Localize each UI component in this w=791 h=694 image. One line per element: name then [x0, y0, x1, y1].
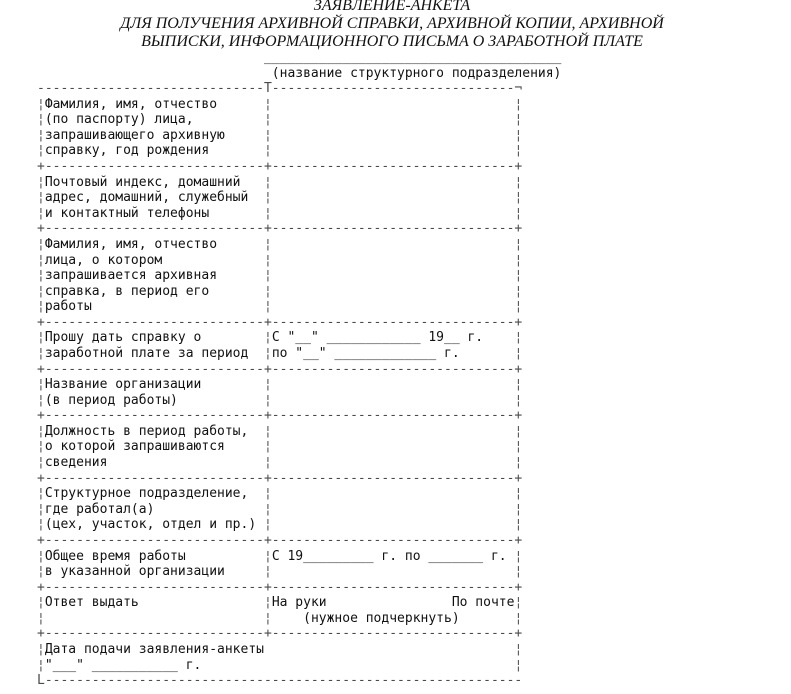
cell-border: ¦ — [264, 268, 272, 283]
field-value-input[interactable] — [272, 517, 515, 532]
cell-border: ¦ — [514, 595, 522, 610]
field-value-input[interactable] — [272, 253, 515, 268]
subdivision-input[interactable]: ______________________________________ — [37, 50, 561, 65]
cell-border: ¦ — [514, 424, 522, 439]
table-row: ¦(в период работы) ¦ ¦ — [37, 393, 561, 409]
table-row: ¦Фамилия, имя, отчество ¦ ¦ — [37, 237, 561, 253]
row-separator: +----------------------------+----------… — [37, 471, 522, 486]
cell-border: ¦ — [37, 439, 45, 454]
table-row: ¦Фамилия, имя, отчество ¦ ¦ — [37, 97, 561, 113]
table-row: ¦Название организации ¦ ¦ — [37, 377, 561, 393]
field-label: справка, в период его — [45, 284, 264, 299]
cell-border: ¦ — [37, 330, 45, 345]
table-row: ¦заработной плате за период ¦по "__" ___… — [37, 346, 561, 362]
field-value-input[interactable] — [272, 284, 515, 299]
field-label: (по паспорту) лица, — [45, 112, 264, 127]
row-separator: +----------------------------+----------… — [37, 315, 522, 330]
table-top-border: -----------------------------T----------… — [37, 81, 522, 96]
subdivision-caption-line: (название структурного подразделения) — [37, 66, 561, 82]
cell-border: ¦ — [37, 299, 45, 314]
table-row: ¦Почтовый индекс, домашний ¦ ¦ — [37, 175, 561, 191]
table-row: ¦запрашивающего архивную ¦ ¦ — [37, 128, 561, 144]
cell-border: ¦ — [514, 377, 522, 392]
cell-border: ¦ — [264, 549, 272, 564]
field-label: сведения — [45, 455, 264, 470]
cell-border: ¦ — [37, 175, 45, 190]
field-value-input[interactable] — [272, 97, 515, 112]
cell-border: ¦ — [514, 299, 522, 314]
cell-border: ¦ — [514, 549, 522, 564]
field-label: в указанной организации — [45, 564, 264, 579]
field-value-input[interactable]: (нужное подчеркнуть) — [272, 611, 515, 626]
field-label — [45, 611, 264, 626]
cell-border: ¦ — [514, 346, 522, 361]
title-line-2: ДЛЯ ПОЛУЧЕНИЯ АРХИВНОЙ СПРАВКИ, АРХИВНОЙ… — [0, 15, 784, 33]
cell-border: ¦ — [514, 658, 522, 673]
cell-border: ¦ — [264, 439, 272, 454]
table-row: ¦Структурное подразделение, ¦ ¦ — [37, 486, 561, 502]
cell-border: ¦ — [37, 190, 45, 205]
cell-border: ¦ — [514, 112, 522, 127]
cell-border: ¦ — [37, 564, 45, 579]
table-bottom-border: L---------------------------------------… — [37, 673, 522, 688]
row-separator: +----------------------------+----------… — [37, 626, 522, 641]
field-value-input[interactable] — [272, 112, 515, 127]
field-label: запрашивающего архивную — [45, 128, 264, 143]
field-value-input[interactable] — [272, 268, 515, 283]
field-label: (в период работы) — [45, 393, 264, 408]
cell-border: ¦ — [264, 237, 272, 252]
field-label: Фамилия, имя, отчество — [45, 237, 264, 252]
cell-border: ¦ — [514, 502, 522, 517]
cell-border: ¦ — [37, 97, 45, 112]
cell-border: ¦ — [514, 284, 522, 299]
table-row: ¦запрашивается архивная ¦ ¦ — [37, 268, 561, 284]
field-label: адрес, домашний, служебный — [45, 190, 264, 205]
cell-border: ¦ — [37, 642, 45, 657]
cell-border: ¦ — [264, 377, 272, 392]
cell-border: ¦ — [37, 143, 45, 158]
cell-border: ¦ — [264, 517, 272, 532]
table-row: ¦справку, год рождения ¦ ¦ — [37, 143, 561, 159]
field-value-input[interactable] — [272, 439, 515, 454]
cell-border: ¦ — [37, 455, 45, 470]
table-row: ¦справка, в период его ¦ ¦ — [37, 284, 561, 300]
cell-border: ¦ — [514, 486, 522, 501]
cell-border: ¦ — [264, 175, 272, 190]
row-separator: +----------------------------+----------… — [37, 221, 522, 236]
cell-border: ¦ — [514, 253, 522, 268]
cell-border: ¦ — [37, 206, 45, 221]
cell-border: ¦ — [37, 128, 45, 143]
cell-border: ¦ — [514, 143, 522, 158]
cell-border: ¦ — [514, 564, 522, 579]
border-line: +----------------------------+----------… — [37, 159, 561, 175]
table-row: ¦лица, о котором ¦ ¦ — [37, 253, 561, 269]
submission-date-field[interactable]: Дата подачи заявления-анкеты — [45, 642, 515, 657]
cell-border: ¦ — [264, 284, 272, 299]
border-line: -----------------------------T----------… — [37, 81, 561, 97]
table-row: ¦(по паспорту) лица, ¦ ¦ — [37, 112, 561, 128]
table-row: ¦(цех, участок, отдел и пр.) ¦ ¦ — [37, 517, 561, 533]
border-line: +----------------------------+----------… — [37, 408, 561, 424]
cell-border: ¦ — [514, 517, 522, 532]
cell-border: ¦ — [514, 455, 522, 470]
field-label: Почтовый индекс, домашний — [45, 175, 264, 190]
field-value-input[interactable] — [272, 486, 515, 501]
field-label: (цех, участок, отдел и пр.) — [45, 517, 264, 532]
cell-border: ¦ — [37, 549, 45, 564]
cell-border: ¦ — [264, 564, 272, 579]
row-separator: +----------------------------+----------… — [37, 362, 522, 377]
border-line: +----------------------------+----------… — [37, 315, 561, 331]
document-title: ЗАЯВЛЕНИЕ-АНКЕТА ДЛЯ ПОЛУЧЕНИЯ АРХИВНОЙ … — [0, 0, 784, 51]
cell-border: ¦ — [37, 517, 45, 532]
table-row: ¦Ответ выдать ¦На руки По почте¦ — [37, 595, 561, 611]
field-value-input[interactable] — [272, 502, 515, 517]
cell-border: ¦ — [264, 112, 272, 127]
table-row: ¦Дата подачи заявления-анкеты ¦ — [37, 642, 561, 658]
cell-border: ¦ — [264, 393, 272, 408]
cell-border: ¦ — [37, 486, 45, 501]
border-line: +----------------------------+----------… — [37, 626, 561, 642]
cell-border: ¦ — [264, 206, 272, 221]
application-form-table: ______________________________________ (… — [37, 50, 561, 689]
field-label: запрашивается архивная — [45, 268, 264, 283]
field-value-input[interactable] — [272, 564, 515, 579]
field-value-input[interactable] — [272, 237, 515, 252]
cell-border: ¦ — [37, 237, 45, 252]
field-value-input[interactable]: На руки По почте — [272, 595, 515, 610]
field-label: о которой запрашиваются — [45, 439, 264, 454]
subdivision-line: ______________________________________ — [37, 50, 561, 66]
table-row: ¦Прошу дать справку о ¦С "__" __________… — [37, 330, 561, 346]
field-value-input[interactable] — [272, 206, 515, 221]
table-row: ¦адрес, домашний, служебный ¦ ¦ — [37, 190, 561, 206]
table-row: ¦о которой запрашиваются ¦ ¦ — [37, 439, 561, 455]
cell-border: ¦ — [514, 128, 522, 143]
cell-border: ¦ — [264, 253, 272, 268]
cell-border: ¦ — [37, 377, 45, 392]
cell-border: ¦ — [37, 424, 45, 439]
cell-border: ¦ — [37, 502, 45, 517]
table-row: ¦в указанной организации ¦ ¦ — [37, 564, 561, 580]
field-label: и контактный телефоны — [45, 206, 264, 221]
table-row: ¦Должность в период работы, ¦ ¦ — [37, 424, 561, 440]
cell-border: ¦ — [37, 393, 45, 408]
border-line: L---------------------------------------… — [37, 673, 561, 689]
field-label: Общее время работы — [45, 549, 264, 564]
cell-border: ¦ — [37, 268, 45, 283]
cell-border: ¦ — [514, 611, 522, 626]
cell-border: ¦ — [514, 175, 522, 190]
border-line: +----------------------------+----------… — [37, 533, 561, 549]
field-value-input[interactable] — [272, 377, 515, 392]
cell-border: ¦ — [514, 642, 522, 657]
cell-border: ¦ — [264, 455, 272, 470]
cell-border: ¦ — [37, 284, 45, 299]
cell-border: ¦ — [264, 424, 272, 439]
border-line: +----------------------------+----------… — [37, 471, 561, 487]
submission-date-field[interactable]: "___" ___________ г. — [45, 658, 515, 673]
cell-border: ¦ — [514, 206, 522, 221]
cell-border: ¦ — [514, 268, 522, 283]
cell-border: ¦ — [264, 299, 272, 314]
field-label: Ответ выдать — [45, 595, 264, 610]
field-value-input[interactable]: С "__" ____________ 19__ г. — [272, 330, 515, 345]
border-line: +----------------------------+----------… — [37, 362, 561, 378]
cell-border: ¦ — [264, 346, 272, 361]
table-row: ¦сведения ¦ ¦ — [37, 455, 561, 471]
field-label: лица, о котором — [45, 253, 264, 268]
cell-border: ¦ — [514, 237, 522, 252]
table-row: ¦ ¦ (нужное подчеркнуть) ¦ — [37, 611, 561, 627]
cell-border: ¦ — [264, 486, 272, 501]
cell-border: ¦ — [37, 346, 45, 361]
row-separator: +----------------------------+----------… — [37, 408, 522, 423]
cell-border: ¦ — [264, 97, 272, 112]
row-separator: +----------------------------+----------… — [37, 159, 522, 174]
cell-border: ¦ — [264, 143, 272, 158]
cell-border: ¦ — [37, 611, 45, 626]
cell-border: ¦ — [514, 393, 522, 408]
table-row: ¦где работал(а) ¦ ¦ — [37, 502, 561, 518]
subdivision-caption: (название структурного подразделения) — [37, 66, 561, 81]
field-value-input[interactable]: по "__" _____________ г. — [272, 346, 515, 361]
field-label: справку, год рождения — [45, 143, 264, 158]
cell-border: ¦ — [264, 611, 272, 626]
cell-border: ¦ — [514, 439, 522, 454]
cell-border: ¦ — [37, 595, 45, 610]
cell-border: ¦ — [37, 112, 45, 127]
cell-border: ¦ — [514, 330, 522, 345]
field-label: Должность в период работы, — [45, 424, 264, 439]
cell-border: ¦ — [264, 502, 272, 517]
field-value-input[interactable] — [272, 128, 515, 143]
cell-border: ¦ — [37, 253, 45, 268]
field-label: заработной плате за период — [45, 346, 264, 361]
row-separator: +----------------------------+----------… — [37, 533, 522, 548]
cell-border: ¦ — [264, 595, 272, 610]
cell-border: ¦ — [264, 330, 272, 345]
field-value-input[interactable] — [272, 455, 515, 470]
table-row: ¦Общее время работы ¦С 19_________ г. по… — [37, 549, 561, 565]
title-line-3: ВЫПИСКИ, ИНФОРМАЦИОННОГО ПИСЬМА О ЗАРАБО… — [0, 33, 784, 51]
border-line: +----------------------------+----------… — [37, 221, 561, 237]
field-value-input[interactable] — [272, 190, 515, 205]
field-value-input[interactable]: С 19_________ г. по _______ г. — [272, 549, 515, 564]
cell-border: ¦ — [514, 97, 522, 112]
field-label: Прошу дать справку о — [45, 330, 264, 345]
table-row: ¦"___" ___________ г. ¦ — [37, 658, 561, 674]
field-label: где работал(а) — [45, 502, 264, 517]
field-value-input[interactable] — [272, 175, 515, 190]
field-label: Структурное подразделение, — [45, 486, 264, 501]
table-row: ¦работы ¦ ¦ — [37, 299, 561, 315]
field-label: Название организации — [45, 377, 264, 392]
field-value-input[interactable] — [272, 299, 515, 314]
cell-border: ¦ — [37, 658, 45, 673]
cell-border: ¦ — [264, 128, 272, 143]
field-label: Фамилия, имя, отчество — [45, 97, 264, 112]
border-line: +----------------------------+----------… — [37, 580, 561, 596]
row-separator: +----------------------------+----------… — [37, 580, 522, 595]
field-value-input[interactable] — [272, 143, 515, 158]
field-value-input[interactable] — [272, 424, 515, 439]
title-line-1: ЗАЯВЛЕНИЕ-АНКЕТА — [0, 0, 784, 15]
table-row: ¦и контактный телефоны ¦ ¦ — [37, 206, 561, 222]
cell-border: ¦ — [264, 190, 272, 205]
cell-border: ¦ — [514, 190, 522, 205]
field-value-input[interactable] — [272, 393, 515, 408]
field-label: работы — [45, 299, 264, 314]
